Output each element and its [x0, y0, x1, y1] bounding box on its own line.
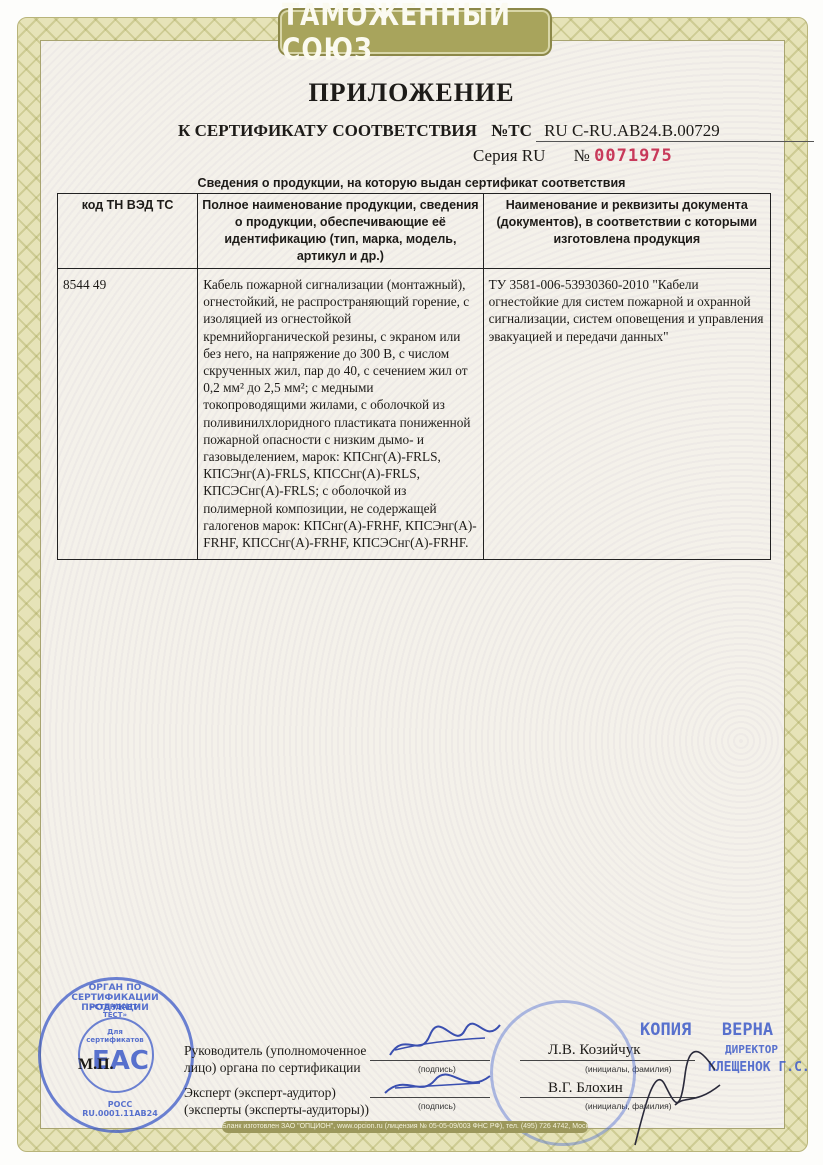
cell-hs-code: 8544 49: [58, 269, 198, 560]
certificate-series: Серия RU № 0071975: [473, 146, 673, 166]
seal-center-text-2: сертификатов: [80, 1036, 150, 1044]
seal-center-text-1: Для: [80, 1028, 150, 1036]
form-printer-footer: Бланк изготовлен ЗАО "ОПЦИОН", www.opcio…: [222, 1121, 588, 1133]
cell-reference-document: ТУ 3581-006-53930360-2010 "Кабели огнест…: [483, 269, 770, 560]
head-signature-icon: [385, 1020, 505, 1065]
certificate-prefix: К СЕРТИФИКАТУ СООТВЕТСТВИЯ: [178, 121, 477, 140]
head-label-line-1: Руководитель (уполномоченное: [184, 1042, 366, 1059]
expert-label: Эксперт (эксперт-аудитор) (эксперты (экс…: [184, 1084, 369, 1118]
seal-inner-text: «СТАНДАРТ-ТЕСТ»: [80, 1003, 150, 1019]
series-value: RU: [522, 146, 546, 165]
page-title: ПРИЛОЖЕНИЕ: [0, 78, 823, 108]
product-table: код ТН ВЭД ТС Полное наименование продук…: [57, 193, 771, 560]
table-row: 8544 49 Кабель пожарной сигнализации (мо…: [58, 269, 771, 560]
banner-text: ТАМОЖЕННЫЙ СОЮЗ: [282, 0, 548, 67]
table-header-row: код ТН ВЭД ТС Полное наименование продук…: [58, 194, 771, 269]
customs-union-banner: ТАМОЖЕННЫЙ СОЮЗ: [280, 10, 550, 54]
copy-certified-stamp: КОПИЯ ВЕРНА: [640, 1020, 773, 1040]
header-product-description: Полное наименование продукции, сведения …: [198, 194, 483, 269]
head-label: Руководитель (уполномоченное лицо) орган…: [184, 1042, 366, 1076]
seal-registration-number: РОСС RU.0001.11АВ24: [70, 1100, 170, 1118]
copy-stamp-position: ДИРЕКТОР: [725, 1043, 778, 1056]
seal-place-label: М.П.: [78, 1056, 114, 1074]
header-hs-code: код ТН ВЭД ТС: [58, 194, 198, 269]
director-signature-icon: [625, 1045, 725, 1155]
expert-label-line-2: (эксперты (эксперты-аудиторы)): [184, 1101, 369, 1118]
head-label-line-2: лицо) органа по сертификации: [184, 1059, 366, 1076]
series-label: Серия: [473, 146, 518, 165]
certificate-number: RU C-RU.AB24.B.00729: [536, 121, 814, 142]
table-caption: Сведения о продукции, на которую выдан с…: [0, 176, 823, 190]
serial-label: №: [574, 146, 590, 165]
certificate-reference: К СЕРТИФИКАТУ СООТВЕТСТВИЯ №ТС RU C-RU.A…: [178, 121, 814, 142]
expert-label-line-1: Эксперт (эксперт-аудитор): [184, 1084, 369, 1101]
expert-signature-icon: [380, 1068, 500, 1103]
header-reference-document: Наименование и реквизиты документа (доку…: [483, 194, 770, 269]
serial-number: 0071975: [594, 146, 673, 166]
cell-product-description: Кабель пожарной сигнализации (монтажный)…: [198, 269, 483, 560]
certificate-number-label: №ТС: [491, 121, 532, 140]
